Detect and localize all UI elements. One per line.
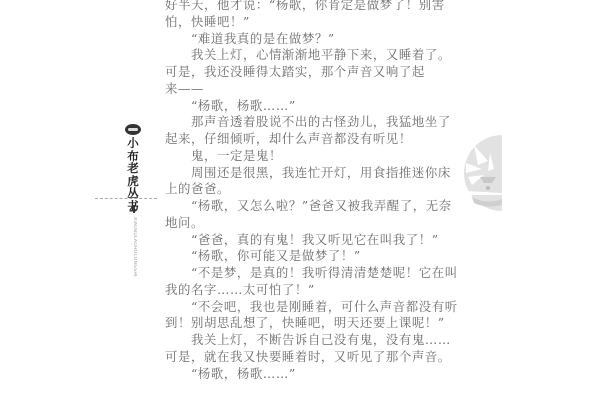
text-line: 鬼，一定是鬼！ — [165, 148, 445, 165]
text-line: “不是梦，是真的！我听得清清楚楚呢！它在叫 — [165, 265, 445, 282]
body-text: 好半天，他才说：“杨歌，你肯定是做梦了！别害 怕，快睡吧！” “难道我真的是在做… — [165, 0, 445, 382]
text-line: 上的爸爸。 — [165, 181, 445, 198]
text-line: 怕，快睡吧！” — [165, 14, 445, 31]
text-line: “不会吧，我也是刚睡着，可什么声音都没有听 — [165, 299, 445, 316]
text-line: “杨歌，你可能又是做梦了！” — [165, 248, 445, 265]
text-line: 我关上灯，心情渐渐地平静下来，又睡着了。 — [165, 47, 445, 64]
dashed-divider — [95, 198, 157, 199]
series-logo-icon — [125, 124, 141, 135]
text-line: 周围还是很黑，我连忙开灯，用食指推迷你床 — [165, 165, 445, 182]
page-number: 4 — [129, 203, 137, 216]
text-line: 我的名字……太可怕了！” — [165, 282, 445, 299]
text-line: “爸爸，真的有鬼！我又听见它在叫我了！” — [165, 232, 445, 249]
text-line: 地问。 — [165, 215, 445, 232]
book-page: 小布老虎丛书 4 XIAOBULAOHUCONGSHU 好半天，他才说：“杨歌，… — [0, 0, 600, 400]
text-line: “杨歌，杨歌……” — [165, 366, 445, 383]
tiger-emblem-icon — [452, 133, 502, 211]
text-line: 可是，就在我又快要睡着时，又听见了那个声音。 — [165, 349, 445, 366]
text-line: 那声音透着股说不出的古怪劲儿，我猛地坐了 — [165, 114, 445, 131]
text-line: 好半天，他才说：“杨歌，你肯定是做梦了！别害 — [165, 0, 445, 14]
text-line: “杨歌，又怎么啦？”爸爸又被我弄醒了，无奈 — [165, 198, 445, 215]
text-line: 可是，我还没睡得太踏实，那个声音又响了起 — [165, 64, 445, 81]
series-title: 小布老虎丛书 — [124, 137, 142, 212]
text-line: 我关上灯，不断告诉自己没有鬼，没有鬼…… — [165, 332, 445, 349]
text-line: 到！别胡思乱想了，快睡吧，明天还要上课呢！” — [165, 315, 445, 332]
text-line: “杨歌，杨歌……” — [165, 98, 445, 115]
text-line: “难道我真的是在做梦？” — [165, 31, 445, 48]
series-pinyin: XIAOBULAOHUCONGSHU — [127, 217, 137, 277]
text-line: 来—— — [165, 81, 445, 98]
text-line: 起来，仔细倾听，却什么声音都没有听见！ — [165, 131, 445, 148]
